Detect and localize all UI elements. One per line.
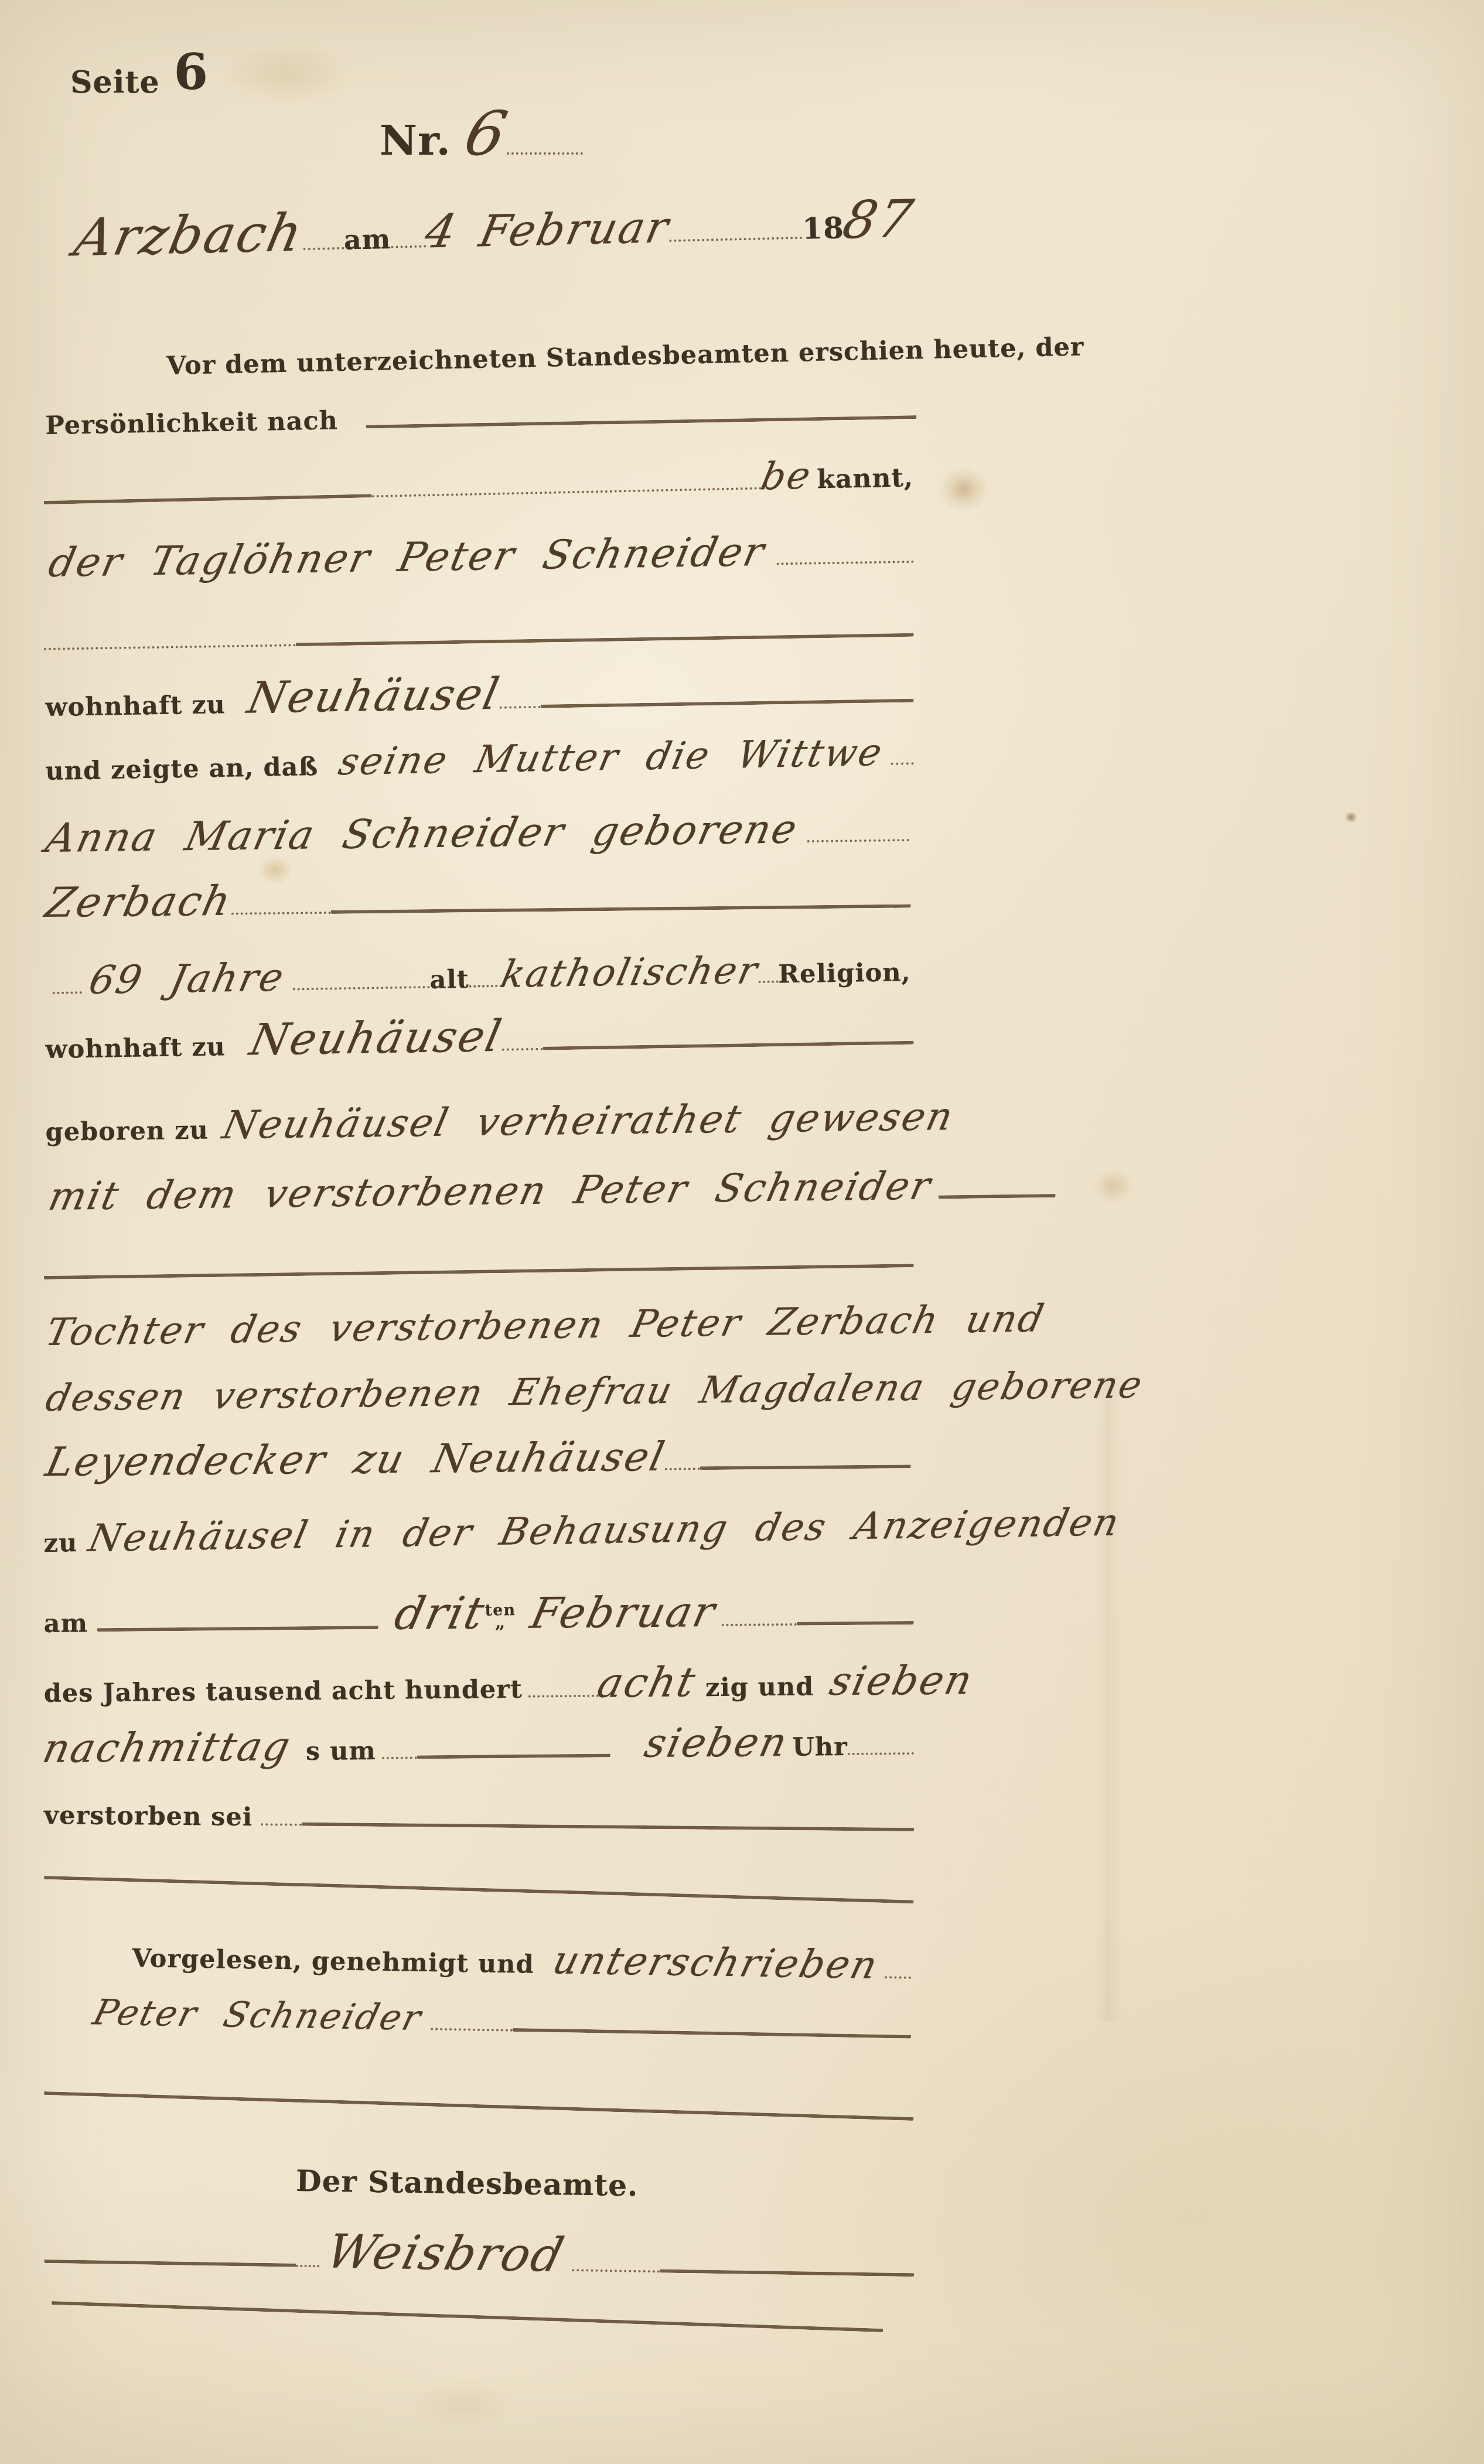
baseline-rule [366, 414, 917, 428]
section-rule [44, 2090, 914, 2121]
stain [1345, 811, 1357, 823]
dateline-day: 4 [421, 209, 462, 255]
death-place-row: zu Neuhäusel in der Behausung des Anzeig… [43, 1507, 914, 1558]
report-row: und zeigte an, daß seine Mutter die Witt… [45, 733, 914, 786]
parents-line2-handwritten: dessen verstorbenen Ehefrau Magdalena ge… [43, 1366, 1147, 1417]
baseline-dotted [431, 2026, 513, 2031]
year-label: des Jahres tausend acht hundert [44, 1677, 523, 1707]
registrar-title: Der Standesbeamte. [296, 2166, 639, 2200]
known-handwritten: be [758, 457, 815, 496]
baseline-dotted [891, 761, 914, 765]
baseline-rule [331, 903, 911, 914]
age-handwritten: 69 Jahre [86, 958, 288, 1000]
year-printed: 18 [802, 213, 845, 244]
baseline-rule [296, 632, 914, 647]
died-row: verstorben sei [44, 1803, 914, 1836]
uhr-label: Uhr [792, 1735, 848, 1760]
known-row: be kannt, [43, 455, 914, 511]
intro-line1: Vor dem unterzeichneten Standesbeamten e… [166, 335, 1084, 379]
baseline-rule [541, 698, 914, 708]
baseline-dotted [722, 1622, 797, 1626]
day-suffix-mark: „ [495, 1618, 506, 1627]
dateline-month: Februar [476, 206, 673, 254]
baseline-dotted [53, 990, 82, 994]
maiden-name-handwritten: Zerbach [42, 881, 236, 923]
am-label: am [343, 226, 391, 254]
bottom-rule-row [52, 2300, 883, 2332]
parents-line1-handwritten: Tochter des verstorbenen Peter Zerbach u… [43, 1300, 1049, 1352]
maiden-name-row: Zerbach [46, 873, 911, 923]
origin-handwritten: Neuhäusel verheirathet gewesen [219, 1097, 957, 1145]
year-ones-handwritten: sieben [826, 1661, 977, 1702]
residence1-row: wohnhaft zu Neuhäusel [45, 666, 914, 723]
blank-rule-row [44, 632, 914, 650]
signature-rule-row [44, 2090, 914, 2121]
baseline-dotted [372, 486, 762, 497]
report-handwritten: seine Mutter die Wittwe [335, 734, 886, 781]
religion-handwritten: katholischer [498, 952, 762, 994]
record-number-row: Nr. 6 [380, 103, 632, 164]
baseline-dotted [502, 1047, 543, 1051]
attestation-printed: Vorgelesen, genehmigt und [132, 1946, 534, 1978]
baseline-rule [543, 1040, 914, 1050]
paper-crease [1096, 1377, 1123, 2021]
baseline-dotted [382, 1755, 417, 1759]
baseline-dotted [572, 2268, 660, 2272]
identity-label: Persönlichkeit nach [45, 408, 338, 439]
parents-line3-handwritten: Leyendecker zu Neuhäusel [42, 1438, 669, 1483]
baseline-dotted [528, 1694, 599, 1698]
stain [937, 466, 990, 513]
baseline-dotted [848, 1751, 914, 1755]
declarant-handwritten: der Taglöhner Peter Schneider [45, 533, 769, 583]
baseline-dotted [885, 1975, 911, 1979]
residence2-label: wohnhaft zu [45, 1035, 226, 1063]
year-handwritten: 87 [839, 193, 919, 246]
parents-line1-row: Tochter des verstorbenen Peter Zerbach u… [46, 1302, 911, 1352]
stain [223, 41, 352, 105]
baseline-dotted [758, 980, 778, 984]
baseline-rule [700, 1463, 911, 1470]
baseline-rule [797, 1620, 914, 1626]
stain [410, 2378, 516, 2431]
baseline-dotted [261, 1822, 302, 1826]
registrar-signature: Weisbrod [322, 2228, 569, 2279]
residence1-place: Neuhäusel [244, 673, 504, 720]
baseline-rule [302, 1821, 914, 1831]
attestation-row: Vorgelesen, genehmigt und unterschrieben [132, 1934, 912, 1985]
residence1-label: wohnhaft zu [45, 692, 226, 721]
identity-row: Persönlichkeit nach [45, 398, 917, 439]
parents-line3-row: Leyendecker zu Neuhäusel [46, 1435, 911, 1483]
origin-row: geboren zu Neuhäusel verheirathet gewese… [45, 1098, 914, 1147]
hour-handwritten: sieben [641, 1723, 792, 1764]
registrar-signature-row: Weisbrod [44, 2224, 915, 2284]
death-year-row: des Jahres tausend acht hundert acht zig… [43, 1660, 914, 1709]
residence2-place: Neuhäusel [247, 1015, 507, 1062]
zig-und-label: zig und [705, 1675, 814, 1701]
spouse-handwritten: mit dem verstorbenen Peter Schneider [45, 1167, 935, 1217]
baseline-rule [44, 2258, 296, 2267]
daytime-handwritten: nachmittag [39, 1727, 295, 1769]
dateline-row: Arzbach am 4 Februar 18 87 [75, 193, 914, 264]
deceased-name-handwritten: Anna Maria Schneider geborene [42, 810, 801, 859]
section-rule [52, 2300, 883, 2332]
baseline-rule [660, 2268, 915, 2277]
spouse-row: mit dem verstorbenen Peter Schneider [49, 1167, 911, 1216]
known-printed: kannt, [817, 465, 914, 493]
baseline-rule [938, 1193, 1055, 1199]
baseline-rule [513, 2027, 911, 2039]
baseline-dotted [296, 2264, 319, 2268]
dateline-place: Arzbach [70, 207, 308, 264]
baseline-dotted [807, 838, 909, 842]
baseline-rule [44, 493, 372, 504]
baseline-dotted [231, 910, 331, 915]
baseline-dotted [303, 246, 344, 251]
deceased-name-row: Anna Maria Schneider geborene [46, 808, 909, 859]
declarant-signature-row: Peter Schneider [47, 1994, 912, 2045]
baseline-dotted [669, 236, 803, 242]
death-place-handwritten: Neuhäusel in der Behausung des Anzeigend… [85, 1504, 1123, 1558]
baseline-dotted [391, 244, 427, 248]
baseline-dotted [44, 643, 296, 650]
section-rule [44, 1875, 914, 1903]
death-record-page: Seite 6 Nr. 6 Arzbach am 4 Februar 18 87… [0, 0, 1484, 2464]
religion-label: Religion, [778, 960, 911, 988]
age-religion-row: 69 Jahre alt katholischer Religion, [52, 948, 911, 1001]
baseline-dotted [500, 705, 541, 709]
baseline-dotted [293, 985, 430, 991]
report-label: und zeigte an, daß [45, 755, 318, 784]
zu-label: zu [43, 1531, 77, 1557]
declarant-signature: Peter Schneider [90, 1995, 426, 2036]
death-day-handwritten: drit [391, 1591, 490, 1636]
baseline-rule [97, 1625, 378, 1632]
death-am-label: am [44, 1611, 88, 1637]
baseline-rule [417, 1753, 610, 1759]
death-date-row: am drit ten „ Februar [43, 1587, 914, 1644]
seite-number: 6 [174, 47, 209, 97]
section-rule [44, 1262, 914, 1279]
seite-label: Seite [70, 67, 160, 98]
s-um-label: s um [306, 1739, 376, 1765]
nr-value-handwritten: 6 [459, 103, 514, 164]
attestation-rule-row [44, 1875, 914, 1903]
nr-label: Nr. [380, 120, 451, 161]
baseline-dotted [665, 1466, 700, 1470]
section-rule-row [44, 1262, 914, 1279]
baseline-dotted [507, 151, 583, 155]
death-time-row: nachmittag s um sieben Uhr [43, 1722, 914, 1769]
page-number-row: Seite 6 [70, 51, 209, 100]
stain [1093, 1169, 1134, 1204]
intro-line1-row: Vor dem unterzeichneten Standesbeamten e… [166, 338, 920, 379]
registrar-title-row: Der Standesbeamte. [296, 2166, 639, 2200]
attestation-handwritten: unterschrieben [550, 1941, 883, 1984]
declarant-row: der Taglöhner Peter Schneider [49, 530, 914, 583]
year-tens-handwritten: acht [594, 1661, 701, 1704]
day-suffix: ten „ [485, 1602, 516, 1627]
died-label: verstorben sei [44, 1803, 253, 1830]
origin-label: geboren zu [45, 1118, 209, 1145]
baseline-dotted [469, 984, 502, 988]
parents-line2-row: dessen verstorbenen Ehefrau Magdalena ge… [46, 1369, 911, 1417]
death-month-handwritten: Februar [527, 1591, 721, 1634]
alt-label: alt [429, 967, 469, 993]
baseline-dotted [776, 559, 913, 565]
residence2-row: wohnhaft zu Neuhäusel [45, 1008, 914, 1065]
